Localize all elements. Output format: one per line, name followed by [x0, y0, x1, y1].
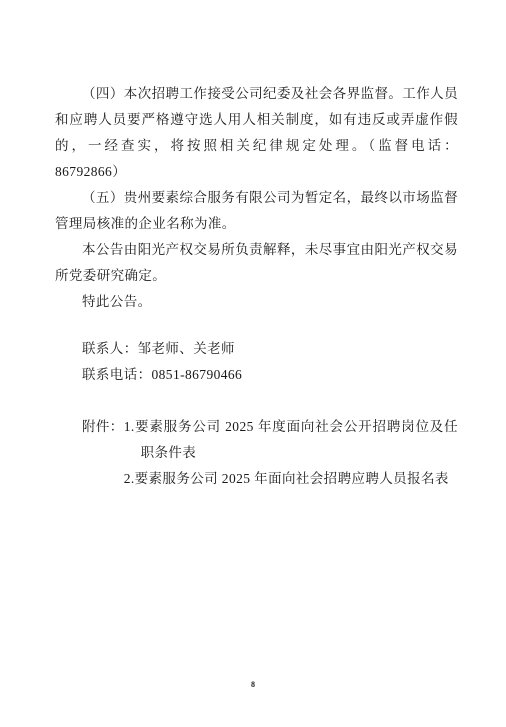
attachment-item-1: 1.要素服务公司 2025 年度面向社会公开招聘岗位及任职条件表: [124, 414, 458, 466]
contact-person-line: 联系人：邹老师、关老师: [55, 336, 458, 362]
page-number: 8: [0, 680, 506, 689]
paragraph-closing: 特此公告。: [55, 289, 458, 315]
paragraph-item-5: （五）贵州要素综合服务有限公司为暂定名，最终以市场监督管理局核准的企业名称为准。: [55, 185, 458, 237]
attachments-block: 附件： 1.要素服务公司 2025 年度面向社会公开招聘岗位及任职条件表 2.要…: [55, 414, 458, 492]
contact-phone-line: 联系电话：0851-86790466: [55, 362, 458, 388]
paragraph-item-4: （四）本次招聘工作接受公司纪委及社会各界监督。工作人员和应聘人员要严格遵守选人用…: [55, 81, 458, 185]
attachment-item-2: 2.要素服务公司 2025 年面向社会招聘应聘人员报名表: [124, 466, 458, 492]
paragraph-disclaimer: 本公告由阳光产权交易所负责解释，未尽事宜由阳光产权交易所党委研究确定。: [55, 237, 458, 289]
attachments-label: 附件：: [82, 414, 124, 492]
document-body: （四）本次招聘工作接受公司纪委及社会各界监督。工作人员和应聘人员要严格遵守选人用…: [55, 81, 458, 492]
attachments-list: 1.要素服务公司 2025 年度面向社会公开招聘岗位及任职条件表 2.要素服务公…: [124, 414, 458, 492]
document-page: （四）本次招聘工作接受公司纪委及社会各界监督。工作人员和应聘人员要严格遵守选人用…: [0, 0, 506, 727]
